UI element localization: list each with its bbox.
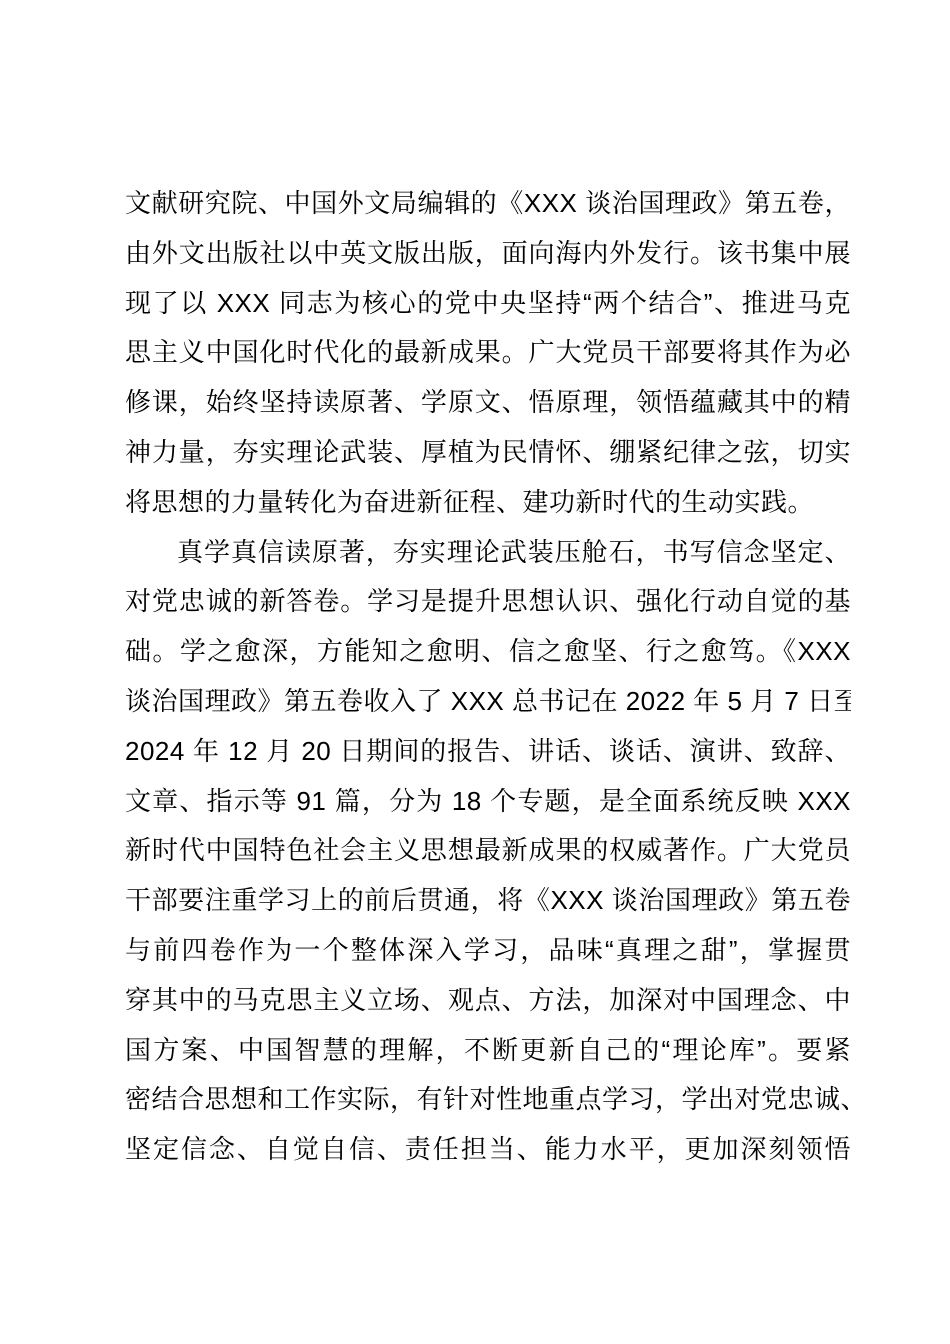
- text-line: 2024 年 12 月 20 日期间的报告、讲话、谈话、演讲、致辞、: [125, 727, 851, 777]
- text-line: 穿其中的马克思主义立场、观点、方法，加深对中国理念、中: [125, 976, 851, 1026]
- text-line: 干部要注重学习上的前后贯通，将《XXX 谈治国理政》第五卷: [125, 876, 851, 926]
- text-line: 与前四卷作为一个整体深入学习，品味“真理之甜”，掌握贯: [125, 926, 851, 976]
- text-line: 由外文出版社以中英文版出版，面向海内外发行。该书集中展: [125, 229, 851, 279]
- text-line: 谈治国理政》第五卷收入了 XXX 总书记在 2022 年 5 月 7 日至: [125, 677, 851, 727]
- text-line: 础。学之愈深，方能知之愈明、信之愈坚、行之愈笃。《XXX: [125, 627, 851, 677]
- text-line: 修课，始终坚持读原著、学原文、悟原理，领悟蕴藏其中的精: [125, 378, 851, 428]
- text-line: 将思想的力量转化为奋进新征程、建功新时代的生动实践。: [125, 478, 851, 528]
- text-line: 密结合思想和工作实际，有针对性地重点学习，学出对党忠诚、: [125, 1075, 851, 1125]
- text-line: 对党忠诚的新答卷。学习是提升思想认识、强化行动自觉的基: [125, 577, 851, 627]
- document-body: 文献研究院、中国外文局编辑的《XXX 谈治国理政》第五卷，由外文出版社以中英文版…: [125, 179, 851, 1175]
- text-line: 思主义中国化时代化的最新成果。广大党员干部要将其作为必: [125, 328, 851, 378]
- text-line: 坚定信念、自觉自信、责任担当、能力水平，更加深刻领悟: [125, 1125, 851, 1175]
- text-line: 真学真信读原著，夯实理论武装压舱石，书写信念坚定、: [125, 528, 851, 578]
- text-line: 文献研究院、中国外文局编辑的《XXX 谈治国理政》第五卷，: [125, 179, 851, 229]
- text-line: 现了以 XXX 同志为核心的党中央坚持“两个结合”、推进马克: [125, 279, 851, 329]
- text-line: 文章、指示等 91 篇，分为 18 个专题，是全面系统反映 XXX: [125, 777, 851, 827]
- text-line: 国方案、中国智慧的理解，不断更新自己的“理论库”。要紧: [125, 1026, 851, 1076]
- text-line: 神力量，夯实理论武装、厚植为民情怀、绷紧纪律之弦，切实: [125, 428, 851, 478]
- text-line: 新时代中国特色社会主义思想最新成果的权威著作。广大党员: [125, 826, 851, 876]
- document-page: 文献研究院、中国外文局编辑的《XXX 谈治国理政》第五卷，由外文出版社以中英文版…: [0, 0, 950, 1344]
